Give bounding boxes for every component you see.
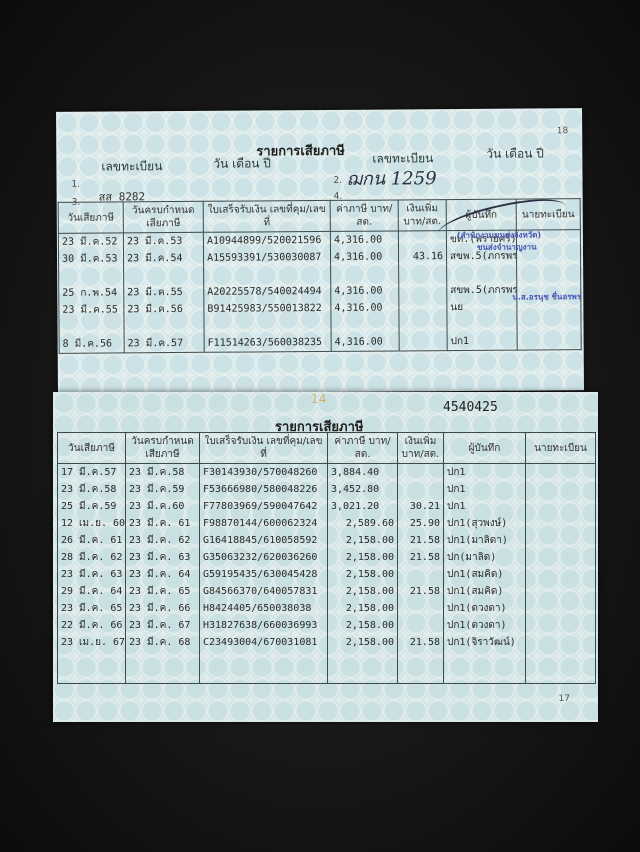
surcharge <box>398 464 444 482</box>
fold-number: 14 <box>311 392 326 406</box>
table-row: 28 มี.ค. 62 23 มี.ค. 63 G35063232/620036… <box>58 549 596 566</box>
col-receipt: ใบเสร็จรับเงิน เลขที่คุม/เลขที่ <box>203 200 330 232</box>
receipt-number: C23493004/670031081 <box>200 634 328 651</box>
due-date: 23 มี.ค.53 <box>123 232 203 250</box>
receipt-number: F30143930/570048260 <box>200 464 328 482</box>
registrar <box>526 549 596 566</box>
receipt-number <box>204 266 331 284</box>
due-date: 23 มี.ค.60 <box>126 498 200 515</box>
table-row: 22 มี.ค. 66 23 มี.ค. 67 H31827638/660036… <box>58 617 596 634</box>
table-row: 23 มี.ค. 65 23 มี.ค. 66 H8424405/6500380… <box>58 600 596 617</box>
due-date: 23 มี.ค.58 <box>126 464 200 482</box>
recorder: ปก1 <box>444 464 526 482</box>
surcharge <box>399 282 447 299</box>
receipt-number <box>204 317 331 335</box>
due-date: 23 มี.ค. 62 <box>126 532 200 549</box>
paid-date: 12 เม.ย. 60 <box>58 515 126 532</box>
registrar <box>526 634 596 651</box>
registrar <box>526 600 596 617</box>
recorder: สขพ.5(ภกรพร) <box>447 282 517 299</box>
paid-date: 25 ก.พ.54 <box>59 284 124 301</box>
paid-date: 17 มี.ค.57 <box>58 464 126 482</box>
surcharge: 25.90 <box>398 515 444 532</box>
recorder: ปก1(มาลิดา) <box>444 532 526 549</box>
paid-date <box>59 318 124 335</box>
due-date: 23 มี.ค.56 <box>124 301 204 319</box>
receipt-number: A20225578/540024494 <box>204 283 331 301</box>
paid-date: 30 มี.ค.53 <box>58 250 123 267</box>
receipt-number: F11514263/560038235 <box>204 334 331 352</box>
tax-amount: 2,158.00 <box>328 600 398 617</box>
table-row: 25 มี.ค.59 23 มี.ค.60 F77803969/59004764… <box>58 498 596 515</box>
receipt-number: G84566370/640057831 <box>200 583 328 600</box>
tax-amount: 2,158.00 <box>328 566 398 583</box>
tax-amount: 4,316.00 <box>331 333 399 351</box>
table-row: 23 เม.ย. 67 23 มี.ค. 68 C23493004/670031… <box>58 634 596 651</box>
paid-date: 25 มี.ค.59 <box>58 498 126 515</box>
date-header-left: วัน เดือน ปี <box>213 154 271 173</box>
col-recorder: ผู้บันทึก <box>444 433 526 464</box>
receipt-number: G59195435/630045428 <box>200 566 328 583</box>
tax-amount: 2,158.00 <box>328 532 398 549</box>
recorder <box>447 265 517 282</box>
recorder: ปก1 <box>444 481 526 498</box>
official-stamp-line-2: ขนส่งจำนาญงาน <box>477 240 537 253</box>
tax-amount: 3,021.20 <box>328 498 398 515</box>
registrar <box>526 583 596 600</box>
tax-amount: 3,452.80 <box>328 481 398 498</box>
surcharge: 30.21 <box>398 498 444 515</box>
surcharge <box>399 316 447 333</box>
surcharge: 21.58 <box>398 549 444 566</box>
tax-amount <box>331 265 399 282</box>
col-paid-date: วันเสียภาษี <box>58 433 126 464</box>
tax-record-page-17: 14 4540425 รายการเสียภาษี วันเสียภาษี วั… <box>53 392 598 722</box>
recorder: ปก1(สุวพงษ์) <box>444 515 526 532</box>
reg-2-handwritten-plate: ฌกน 1259 <box>346 163 436 193</box>
surcharge <box>398 566 444 583</box>
surcharge <box>399 265 447 282</box>
reg-header-left: เลขทะเบียน <box>101 157 162 176</box>
paid-date: 8 มี.ค.56 <box>59 335 124 353</box>
col-tax: ค่าภาษี บาท/สต. <box>328 433 398 464</box>
paid-date <box>59 267 124 284</box>
paid-date: 28 มี.ค. 62 <box>58 549 126 566</box>
table-row: 12 เม.ย. 60 23 มี.ค. 61 F98870144/600062… <box>58 515 596 532</box>
receipt-number: F98870144/600062324 <box>200 515 328 532</box>
tax-amount: 3,884.40 <box>328 464 398 482</box>
reg-1-label: 1. <box>71 180 80 190</box>
col-registrar: นายทะเบียน <box>526 433 596 464</box>
surcharge <box>398 481 444 498</box>
due-date: 23 มี.ค.57 <box>124 335 204 353</box>
due-date: 23 มี.ค. 68 <box>126 634 200 651</box>
col-due-date: วันครบกำหนด เสียภาษี <box>126 433 200 464</box>
registrar <box>517 315 581 332</box>
recorder: ปก1(ดวงดา) <box>444 600 526 617</box>
recorder: ปก1(สมคิด) <box>444 583 526 600</box>
receipt-number: B91425983/550013822 <box>204 300 331 318</box>
paid-date: 29 มี.ค. 64 <box>58 583 126 600</box>
table-row-empty <box>58 651 596 684</box>
col-due-date: วันครบกำหนด เสียภาษี <box>123 201 203 233</box>
registrar <box>526 566 596 583</box>
paid-date: 23 มี.ค.58 <box>58 481 126 498</box>
recorder: ปก1(ดวงดา) <box>444 617 526 634</box>
paid-date: 23 มี.ค.55 <box>59 301 124 318</box>
surcharge <box>399 333 447 351</box>
reg-2-label: 2. <box>333 176 342 186</box>
due-date: 23 มี.ค. 63 <box>126 549 200 566</box>
page-number: 17 <box>559 694 570 704</box>
surcharge: 21.58 <box>398 583 444 600</box>
recorder: ปก1(สมคิด) <box>444 566 526 583</box>
due-date: 23 มี.ค. 64 <box>126 566 200 583</box>
recorder: ปก1 <box>447 333 517 351</box>
receipt-number: A10944899/520021596 <box>203 231 330 249</box>
tax-amount: 4,316.00 <box>330 248 398 265</box>
due-date <box>124 318 204 336</box>
table-row: 8 มี.ค.56 23 มี.ค.57 F11514263/560038235… <box>59 332 581 353</box>
recorder: ปก(มาลิด) <box>444 549 526 566</box>
tax-amount: 4,316.00 <box>331 282 399 299</box>
table-row: 17 มี.ค.57 23 มี.ค.58 F30143930/57004826… <box>58 464 596 482</box>
paid-date: 23 มี.ค.52 <box>58 233 123 251</box>
registrar <box>526 498 596 515</box>
due-date: 23 มี.ค. 65 <box>126 583 200 600</box>
registrar <box>526 515 596 532</box>
due-date: 23 มี.ค. 67 <box>126 617 200 634</box>
surcharge: 21.58 <box>398 532 444 549</box>
col-paid-date: วันเสียภาษี <box>58 202 123 233</box>
table-row: 29 มี.ค. 64 23 มี.ค. 65 G84566370/640057… <box>58 583 596 600</box>
col-tax: ค่าภาษี บาท/สต. <box>330 200 398 231</box>
col-receipt: ใบเสร็จรับเงิน เลขที่คุม/เลขที่ <box>200 433 328 464</box>
surcharge: 21.58 <box>398 634 444 651</box>
receipt-number: A15593391/530030087 <box>203 249 330 267</box>
recorder: ปก1 <box>444 498 526 515</box>
due-date: 23 มี.ค.55 <box>124 284 204 302</box>
official-stamp-line-3: น.ส.อรนุช ชื่นอรพร <box>512 290 581 303</box>
paid-date: 26 มี.ค. 61 <box>58 532 126 549</box>
due-date: 23 มี.ค. 61 <box>126 515 200 532</box>
due-date: 23 มี.ค.54 <box>123 250 203 268</box>
surcharge <box>399 299 447 316</box>
receipt-number: H8424405/650038038 <box>200 600 328 617</box>
registrar <box>526 617 596 634</box>
paid-date: 23 มี.ค. 65 <box>58 600 126 617</box>
registrar <box>526 532 596 549</box>
table-header: วันเสียภาษี วันครบกำหนด เสียภาษี ใบเสร็จ… <box>58 433 596 464</box>
due-date: 23 มี.ค. 66 <box>126 600 200 617</box>
receipt-number: F53666980/580048226 <box>200 481 328 498</box>
recorder: ปก1(จิราวัฒน์) <box>444 634 526 651</box>
tax-amount <box>331 316 399 333</box>
surcharge: 43.16 <box>398 248 446 265</box>
paid-date: 22 มี.ค. 66 <box>58 617 126 634</box>
tax-amount: 2,158.00 <box>328 549 398 566</box>
tax-amount: 4,316.00 <box>330 231 398 249</box>
paid-date: 23 มี.ค. 63 <box>58 566 126 583</box>
registrar <box>517 332 581 350</box>
recorder: นย <box>447 299 517 316</box>
surcharge <box>398 617 444 634</box>
tax-table-bottom: วันเสียภาษี วันครบกำหนด เสียภาษี ใบเสร็จ… <box>57 432 596 684</box>
receipt-number: H31827638/660036993 <box>200 617 328 634</box>
registrar <box>526 481 596 498</box>
serial-number: 4540425 <box>443 400 498 415</box>
date-header-right: วัน เดือน ปี <box>486 144 544 163</box>
page-number: 18 <box>557 126 569 136</box>
col-surcharge: เงินเพิ่ม บาท/สต. <box>398 433 444 464</box>
tax-amount: 4,316.00 <box>331 299 399 316</box>
table-row: 23 มี.ค. 63 23 มี.ค. 64 G59195435/630045… <box>58 566 596 583</box>
registrar <box>517 264 581 281</box>
tax-amount: 2,158.00 <box>328 634 398 651</box>
table-row: 23 มี.ค.58 23 มี.ค.59 F53666980/58004822… <box>58 481 596 498</box>
due-date <box>124 267 204 285</box>
col-surcharge: เงินเพิ่ม บาท/สต. <box>398 200 446 231</box>
receipt-number: G35063232/620036260 <box>200 549 328 566</box>
tax-amount: 2,158.00 <box>328 617 398 634</box>
paid-date: 23 เม.ย. 67 <box>58 634 126 651</box>
receipt-number: F77803969/590047642 <box>200 498 328 515</box>
surcharge <box>398 600 444 617</box>
table-row: 26 มี.ค. 61 23 มี.ค. 62 G16418845/610058… <box>58 532 596 549</box>
registrar <box>526 464 596 482</box>
tax-record-page-18: 18 รายการเสียภาษี เลขทะเบียน วัน เดือน ป… <box>56 108 584 394</box>
due-date: 23 มี.ค.59 <box>126 481 200 498</box>
tax-amount: 2,589.60 <box>328 515 398 532</box>
recorder <box>447 316 517 333</box>
receipt-number: G16418845/610058592 <box>200 532 328 549</box>
tax-amount: 2,158.00 <box>328 583 398 600</box>
